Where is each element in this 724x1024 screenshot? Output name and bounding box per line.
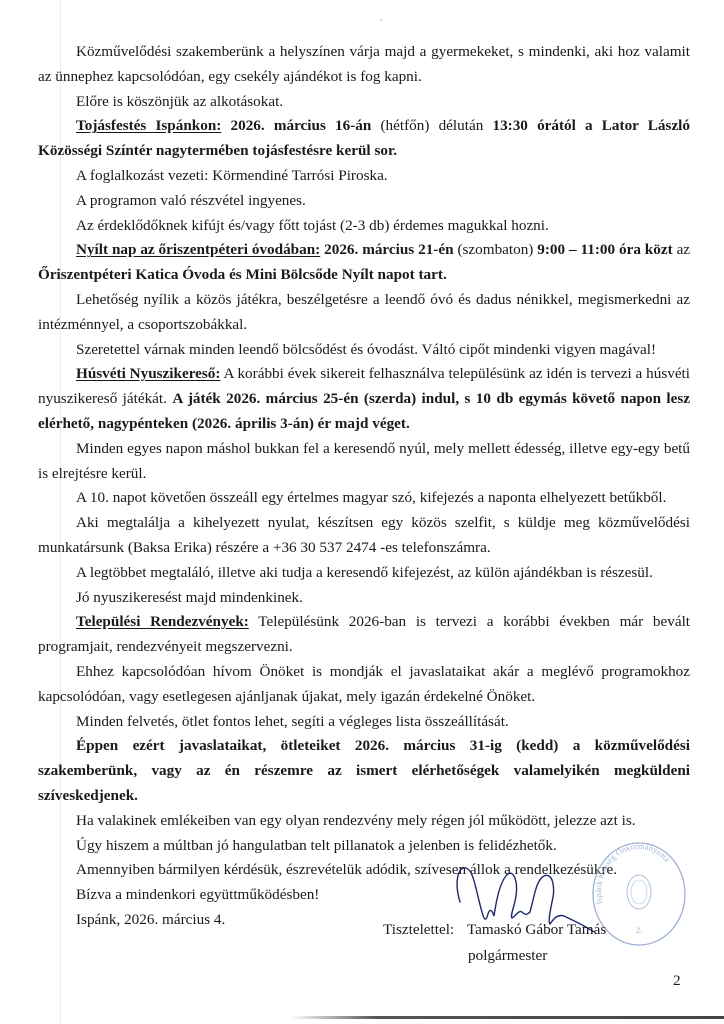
paragraph-bold: Éppen ezért javaslataikat, ötleteiket 20… [38,734,690,808]
paragraph: A programon való részvétel ingyenes. [38,189,690,214]
signature-label: Tisztelettel: [383,921,454,939]
paragraph: Ha valakinek emlékeiben van egy olyan re… [38,809,690,834]
paragraph: Aki megtalálja a kihelyezett nyulat, kés… [38,511,690,561]
signatory-title: polgármester [468,947,547,965]
scan-bottom-edge [290,1016,724,1019]
event-day: (szombaton) [457,241,533,258]
section-tojasfestes: Tojásfestés Ispánkon: 2026. március 16-á… [38,114,690,164]
scan-artifact-dot [380,19,382,21]
paragraph: Jó nyuszikeresést majd mindenkinek. [38,586,690,611]
paragraph: Közművelődési szakemberünk a helyszínen … [38,40,690,90]
section-heading: Húsvéti Nyuszikereső: [76,365,220,382]
paragraph: Ehhez kapcsolódóan hívom Önöket is mondj… [38,660,690,710]
svg-text:Ispánk Község Önkormányzata: Ispánk Község Önkormányzata [593,841,673,906]
paragraph: Minden egyes napon máshol bukkan fel a k… [38,437,690,487]
section-heading: Tojásfestés Ispánkon: [76,117,221,134]
paragraph: Lehetőség nyílik a közös játékra, beszél… [38,288,690,338]
section-telepulesi-rendezvenyek: Települési Rendezvények: Településünk 20… [38,610,690,660]
event-date: 2026. március 21-én [324,241,453,258]
stamp-number: 2. [636,926,642,935]
section-heading: Települési Rendezvények: [76,613,249,630]
paragraph: Minden felvetés, ötlet fontos lehet, seg… [38,710,690,735]
connector-text: az [677,241,690,258]
stamp-text: Ispánk Község Önkormányzata [593,841,673,906]
paragraph: Az érdeklődőknek kifújt és/vagy főtt toj… [38,214,690,239]
section-husveti-nyuszikereso: Húsvéti Nyuszikereső: A korábbi évek sik… [38,362,690,436]
page-number: 2 [673,972,681,990]
paragraph: Előre is köszönjük az alkotásokat. [38,90,690,115]
event-time: 9:00 – 11:00 óra közt [537,241,672,258]
document-body: Közművelődési szakemberünk a helyszínen … [38,40,690,933]
paragraph: A 10. napot követően összeáll egy értelm… [38,486,690,511]
paragraph: A legtöbbet megtaláló, illetve aki tudja… [38,561,690,586]
signatory-name: Tamaskó Gábor Tamás [467,921,606,939]
paragraph: Szeretettel várnak minden leendő bölcsőd… [38,338,690,363]
section-heading: Nyílt nap az őriszentpéteri óvodában: [76,241,320,258]
paragraph: A foglalkozást vezeti: Körmendiné Tarrós… [38,164,690,189]
event-date: 2026. március 16-án [231,117,372,134]
event-day: (hétfőn) délután [381,117,484,134]
event-organizer: Őriszentpéteri Katica Óvoda és Mini Bölc… [38,266,447,283]
signature-line: Tisztelettel: Tamaskó Gábor Tamás [383,921,606,939]
section-nyilt-nap: Nyílt nap az őriszentpéteri óvodában: 20… [38,238,690,288]
